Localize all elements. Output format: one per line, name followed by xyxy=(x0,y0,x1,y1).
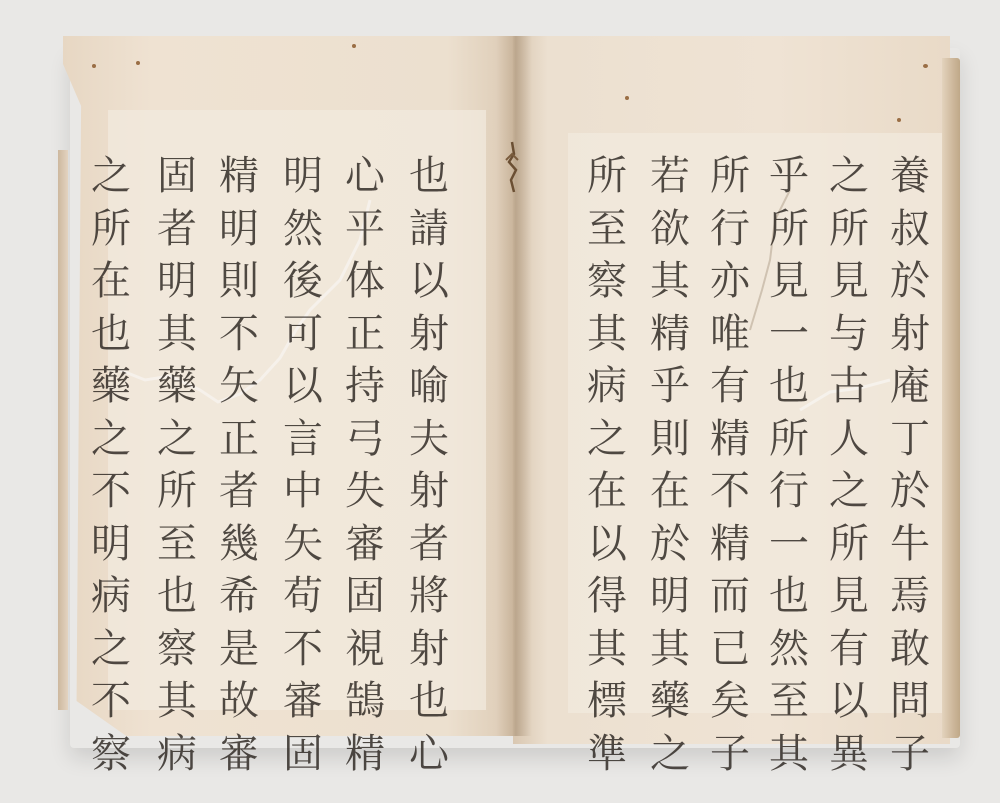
character: 古 xyxy=(829,360,869,413)
character: 以 xyxy=(587,518,627,571)
character: 其 xyxy=(769,728,809,781)
character: 精 xyxy=(710,518,750,571)
character: 然 xyxy=(769,623,809,676)
character: 有 xyxy=(829,623,869,676)
character: 精 xyxy=(219,150,259,203)
character: 見 xyxy=(829,570,869,623)
character: 之 xyxy=(829,465,869,518)
character: 不 xyxy=(91,465,131,518)
character: 矢 xyxy=(283,518,323,571)
character: 固 xyxy=(283,728,323,781)
character: 不 xyxy=(91,675,131,728)
character: 而 xyxy=(710,570,750,623)
left-page-column-4: 精明則不矢正者幾希是故審 xyxy=(212,150,266,780)
character: 異 xyxy=(829,728,869,781)
character: 在 xyxy=(587,465,627,518)
right-page-column-4: 所行亦唯有精不精而已矣子 xyxy=(703,150,757,780)
character: 精 xyxy=(650,308,690,361)
character: 也 xyxy=(91,308,131,361)
character: 之 xyxy=(829,150,869,203)
character: 其 xyxy=(587,623,627,676)
character: 所 xyxy=(710,150,750,203)
character: 固 xyxy=(345,570,385,623)
character: 至 xyxy=(769,675,809,728)
character: 中 xyxy=(283,465,323,518)
character: 精 xyxy=(345,728,385,781)
character: 乎 xyxy=(769,150,809,203)
character: 養 xyxy=(890,150,930,203)
character: 之 xyxy=(91,150,131,203)
character: 之 xyxy=(650,728,690,781)
character: 者 xyxy=(219,465,259,518)
character: 者 xyxy=(157,203,197,256)
character: 若 xyxy=(650,150,690,203)
left-page-column-6: 之所在也藥之不明病之不察 xyxy=(84,150,138,780)
character: 則 xyxy=(650,413,690,466)
character: 於 xyxy=(890,465,930,518)
character: 問 xyxy=(890,675,930,728)
character: 精 xyxy=(710,413,750,466)
character: 射 xyxy=(409,465,449,518)
character: 言 xyxy=(283,413,323,466)
character: 不 xyxy=(710,465,750,518)
character: 叔 xyxy=(890,203,930,256)
character: 病 xyxy=(157,728,197,781)
stain-dot xyxy=(92,64,96,68)
character: 心 xyxy=(409,728,449,781)
character: 所 xyxy=(829,518,869,571)
character: 夫 xyxy=(409,413,449,466)
character: 藥 xyxy=(91,360,131,413)
character: 与 xyxy=(829,308,869,361)
character: 至 xyxy=(587,203,627,256)
character: 正 xyxy=(345,308,385,361)
character: 唯 xyxy=(710,308,750,361)
character: 所 xyxy=(769,413,809,466)
character: 也 xyxy=(409,150,449,203)
character: 其 xyxy=(157,308,197,361)
character: 丁 xyxy=(890,413,930,466)
character: 於 xyxy=(890,255,930,308)
character: 病 xyxy=(91,570,131,623)
character: 明 xyxy=(157,255,197,308)
character: 審 xyxy=(219,728,259,781)
character: 幾 xyxy=(219,518,259,571)
character: 所 xyxy=(829,203,869,256)
character: 見 xyxy=(829,255,869,308)
character: 明 xyxy=(650,570,690,623)
character: 射 xyxy=(409,623,449,676)
character: 藥 xyxy=(650,675,690,728)
character: 欲 xyxy=(650,203,690,256)
character: 子 xyxy=(890,728,930,781)
character: 標 xyxy=(587,675,627,728)
character: 子 xyxy=(710,728,750,781)
character: 一 xyxy=(769,518,809,571)
character: 其 xyxy=(157,675,197,728)
character: 已 xyxy=(710,623,750,676)
character: 在 xyxy=(650,465,690,518)
character: 焉 xyxy=(890,570,930,623)
character: 審 xyxy=(345,518,385,571)
character: 明 xyxy=(283,150,323,203)
character: 準 xyxy=(587,728,627,781)
character: 在 xyxy=(91,255,131,308)
left-page-column-2: 心平体正持弓失審固視鵠精 xyxy=(338,150,392,780)
character: 也 xyxy=(769,360,809,413)
character: 固 xyxy=(157,150,197,203)
character: 至 xyxy=(157,518,197,571)
character: 所 xyxy=(157,465,197,518)
character: 矣 xyxy=(710,675,750,728)
character: 之 xyxy=(587,413,627,466)
character: 亦 xyxy=(710,255,750,308)
left-page-column-5: 固者明其藥之所至也察其病 xyxy=(150,150,204,780)
character: 喻 xyxy=(409,360,449,413)
character: 者 xyxy=(409,518,449,571)
character: 苟 xyxy=(283,570,323,623)
stain-dot xyxy=(625,96,629,100)
right-page-column-6: 所至察其病之在以得其標準 xyxy=(580,150,634,780)
character: 以 xyxy=(283,360,323,413)
right-page-column-5: 若欲其精乎則在於明其藥之 xyxy=(643,150,697,780)
character: 是 xyxy=(219,623,259,676)
character: 所 xyxy=(91,203,131,256)
character: 其 xyxy=(650,623,690,676)
character: 射 xyxy=(409,308,449,361)
character: 敢 xyxy=(890,623,930,676)
character: 心 xyxy=(345,150,385,203)
character: 也 xyxy=(769,570,809,623)
character: 視 xyxy=(345,623,385,676)
character: 得 xyxy=(587,570,627,623)
character: 以 xyxy=(409,255,449,308)
character: 弓 xyxy=(345,413,385,466)
character: 請 xyxy=(409,203,449,256)
character: 也 xyxy=(157,570,197,623)
character: 庵 xyxy=(890,360,930,413)
character: 射 xyxy=(890,308,930,361)
stain-dot xyxy=(923,64,928,68)
character: 鵠 xyxy=(345,675,385,728)
character: 乎 xyxy=(650,360,690,413)
character: 正 xyxy=(219,413,259,466)
character: 行 xyxy=(769,465,809,518)
character: 有 xyxy=(710,360,750,413)
character: 以 xyxy=(829,675,869,728)
right-page-column-2: 之所見与古人之所見有以異 xyxy=(822,150,876,780)
character: 明 xyxy=(91,518,131,571)
character: 一 xyxy=(769,308,809,361)
stain-dot xyxy=(352,44,356,48)
character: 後 xyxy=(283,255,323,308)
character: 行 xyxy=(710,203,750,256)
character: 之 xyxy=(157,413,197,466)
character: 持 xyxy=(345,360,385,413)
character: 則 xyxy=(219,255,259,308)
character: 明 xyxy=(219,203,259,256)
right-page-stack-edge xyxy=(942,58,960,738)
character: 藥 xyxy=(157,360,197,413)
character: 察 xyxy=(91,728,131,781)
character: 故 xyxy=(219,675,259,728)
open-book: 養叔於射庵丁於牛焉敢問子 之所見与古人之所見有以異 乎所見一也所行一也然至其 所… xyxy=(0,0,1000,803)
character: 然 xyxy=(283,203,323,256)
character: 平 xyxy=(345,203,385,256)
character: 見 xyxy=(769,255,809,308)
character: 其 xyxy=(587,308,627,361)
character: 所 xyxy=(587,150,627,203)
character: 失 xyxy=(345,465,385,518)
left-page-column-1: 也請以射喻夫射者將射也心 xyxy=(402,150,456,780)
right-page-column-1: 養叔於射庵丁於牛焉敢問子 xyxy=(883,150,937,780)
stain-dot xyxy=(136,61,140,65)
character: 牛 xyxy=(890,518,930,571)
right-page-column-3: 乎所見一也所行一也然至其 xyxy=(762,150,816,780)
character: 矢 xyxy=(219,360,259,413)
character: 察 xyxy=(587,255,627,308)
left-page-column-3: 明然後可以言中矢苟不審固 xyxy=(276,150,330,780)
stain-dot xyxy=(897,118,901,122)
character: 人 xyxy=(829,413,869,466)
character: 也 xyxy=(409,675,449,728)
character: 可 xyxy=(283,308,323,361)
binding-thread-icon xyxy=(503,140,521,200)
character: 察 xyxy=(157,623,197,676)
character: 病 xyxy=(587,360,627,413)
character: 之 xyxy=(91,623,131,676)
character: 不 xyxy=(219,308,259,361)
character: 所 xyxy=(769,203,809,256)
character: 不 xyxy=(283,623,323,676)
character: 希 xyxy=(219,570,259,623)
character: 之 xyxy=(91,413,131,466)
character: 其 xyxy=(650,255,690,308)
character: 体 xyxy=(345,255,385,308)
character: 審 xyxy=(283,675,323,728)
left-page-edge xyxy=(58,150,68,710)
character: 將 xyxy=(409,570,449,623)
character: 於 xyxy=(650,518,690,571)
